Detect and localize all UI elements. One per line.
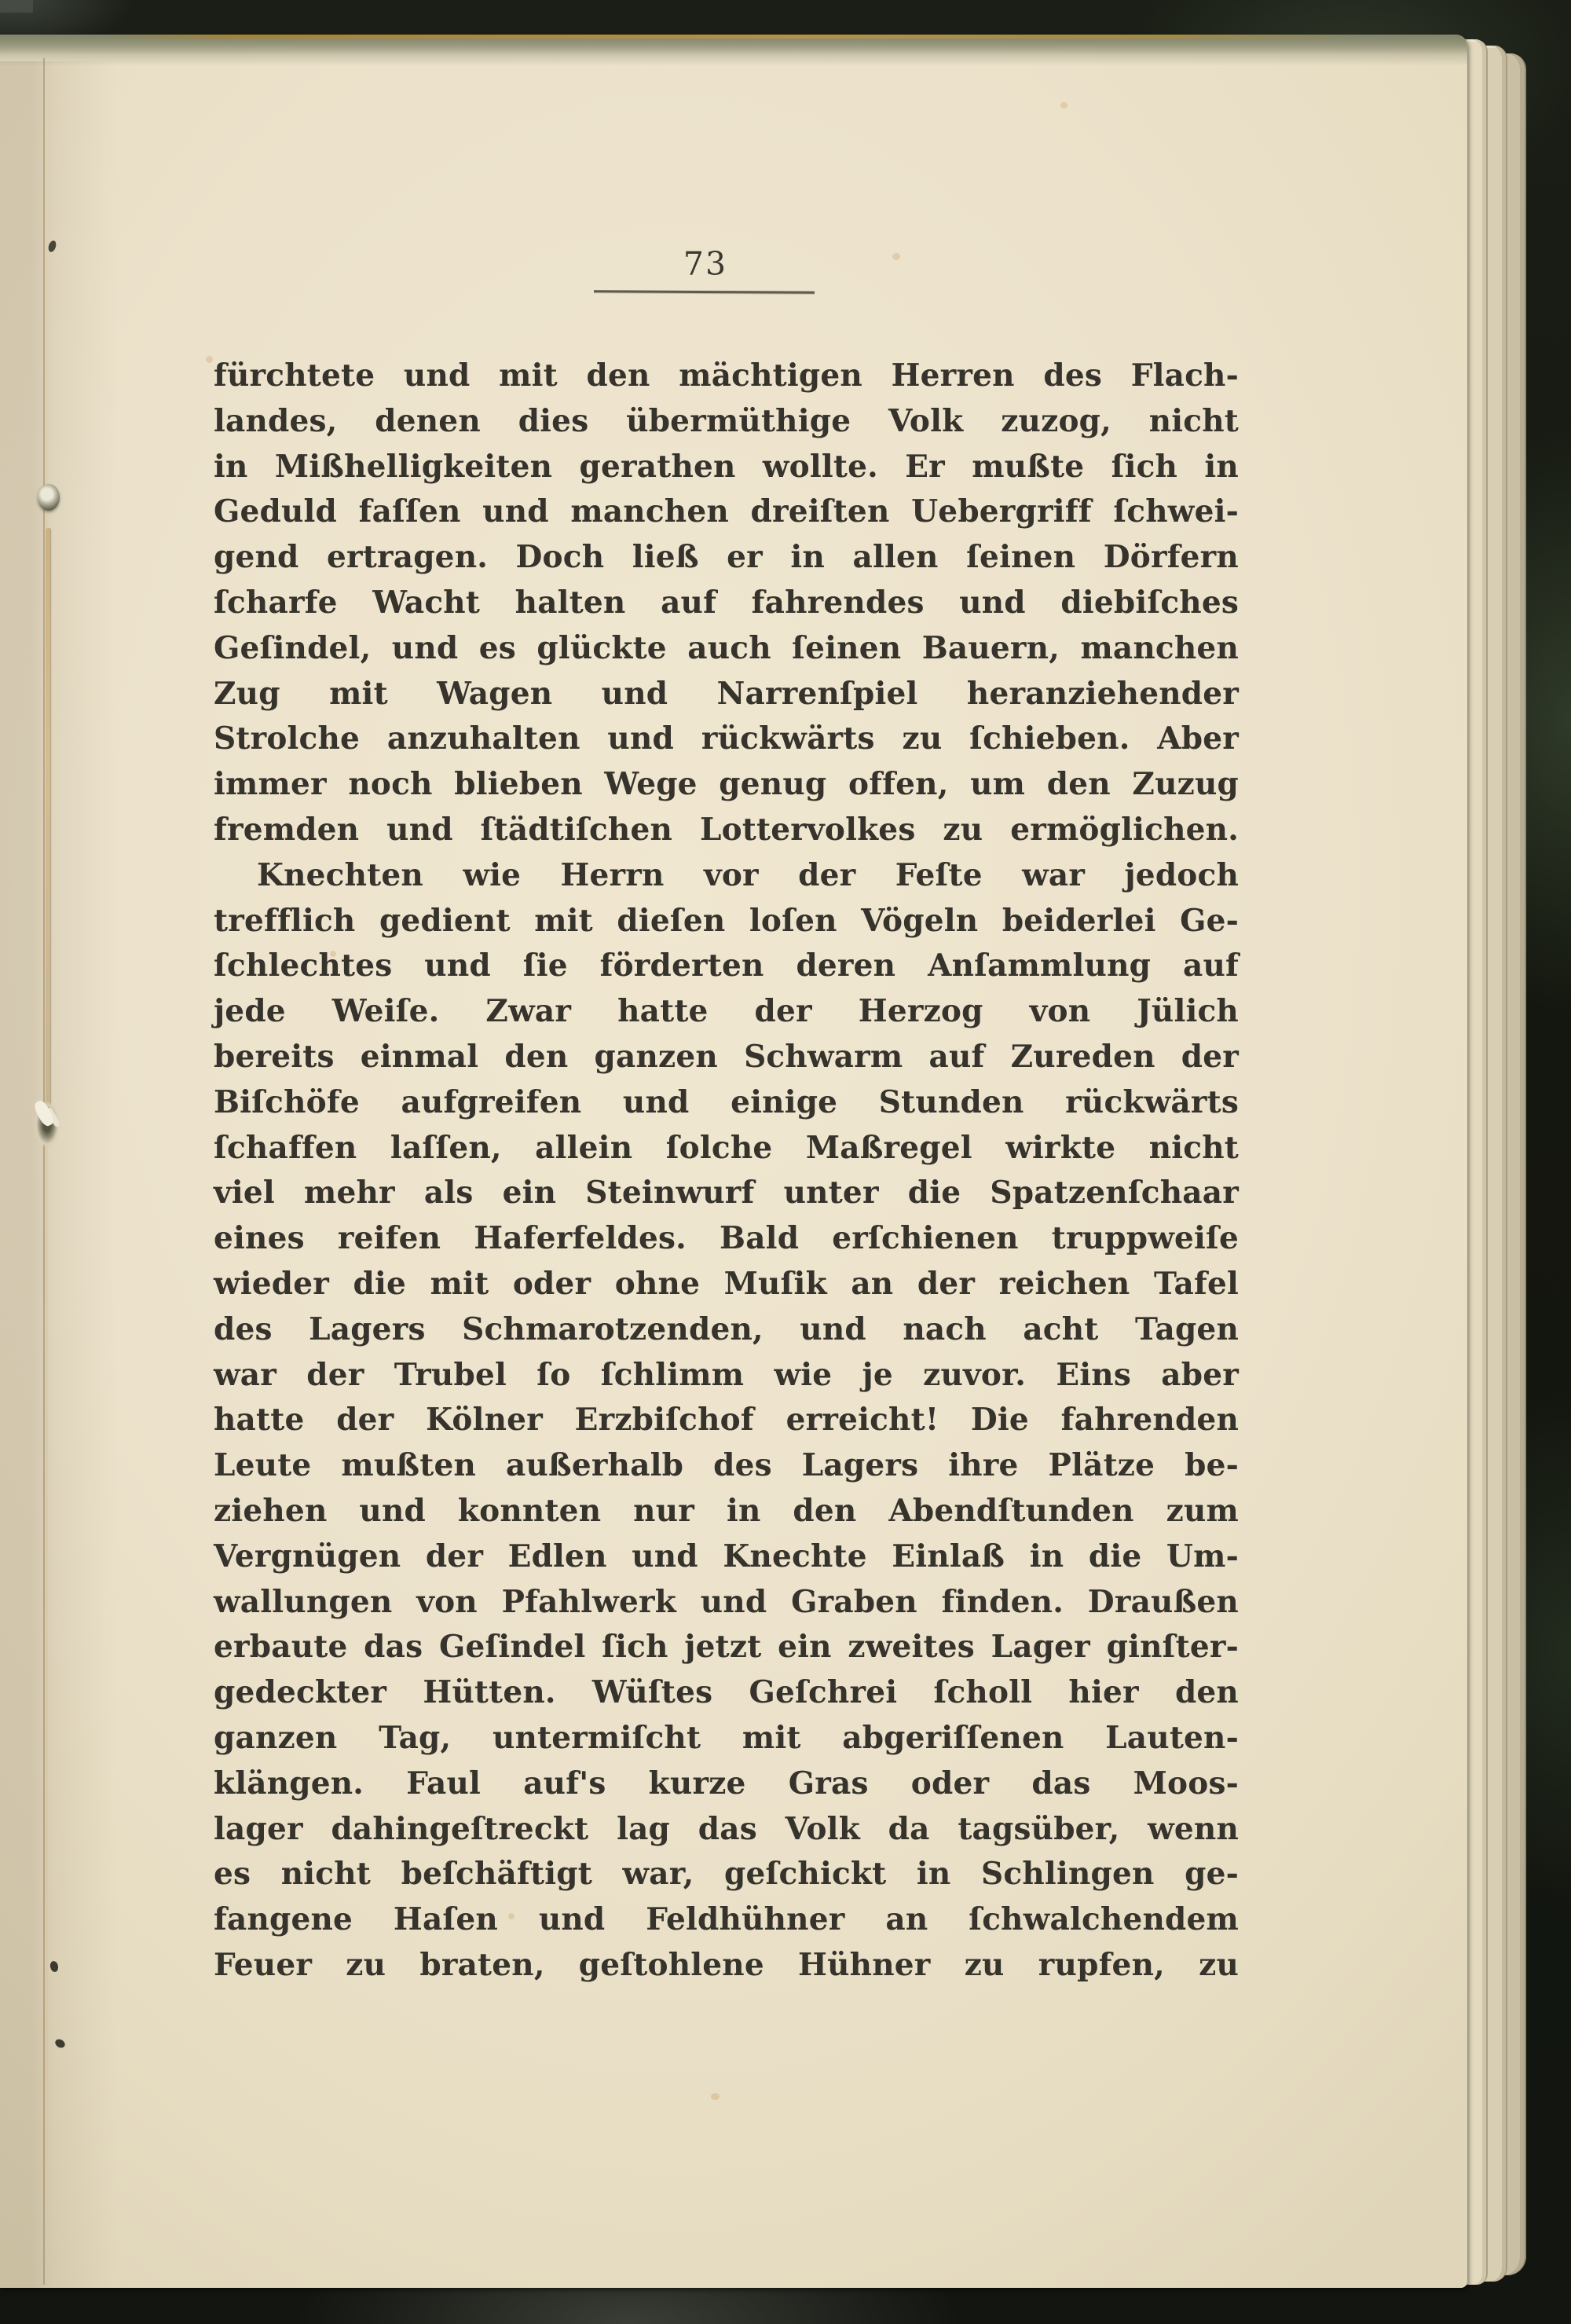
text-line: jede Weiſe. Zwar hatte der Herzog von Jü… bbox=[214, 989, 1239, 1035]
text-line: viel mehr als ein Steinwurf unter die Sp… bbox=[214, 1171, 1239, 1216]
text-line: Strolche anzuhalten und rückwärts zu ſch… bbox=[214, 717, 1239, 762]
foxing-spot bbox=[711, 2093, 720, 2100]
text-line: gend ertragen. Doch ließ er in allen ſei… bbox=[214, 535, 1239, 581]
page-top-gilt-edge bbox=[110, 35, 1351, 38]
text-line: des Lagers Schmarotzenden, und nach acht… bbox=[214, 1307, 1239, 1353]
text-line: ſchlechtes und ſie förderten deren Anſam… bbox=[214, 944, 1239, 989]
paragraph-1: fürchtete und mit den mächtigen Herren d… bbox=[214, 354, 1239, 853]
paragraph-2: Knechten wie Herrn vor der Feſte war jed… bbox=[214, 853, 1239, 1989]
text-line: wallungen von Pfahlwerk und Graben finde… bbox=[214, 1580, 1239, 1626]
text-line: erbaute das Geſindel ſich jetzt ein zwei… bbox=[214, 1625, 1239, 1670]
page-header: 73 bbox=[595, 245, 815, 283]
text-line: eines reifen Haferfeldes. Bald erſchiene… bbox=[214, 1216, 1239, 1262]
text-line: fürchtete und mit den mächtigen Herren d… bbox=[214, 354, 1239, 399]
text-line: Vergnügen der Edlen und Knechte Einlaß i… bbox=[214, 1534, 1239, 1580]
text-line: lager dahingeſtreckt lag das Volk da tag… bbox=[214, 1807, 1239, 1853]
text-line: fangene Haſen und Feldhühner an ſchwalch… bbox=[214, 1897, 1239, 1943]
gutter-shadow bbox=[0, 61, 118, 2288]
text-line: in Mißhelligkeiten gerathen wollte. Er m… bbox=[214, 445, 1239, 490]
foxing-spot bbox=[206, 356, 213, 363]
book-page: 73 fürchtete und mit den mächtigen Herre… bbox=[0, 35, 1467, 2288]
binding-grommet bbox=[38, 484, 60, 511]
text-line: wieder die mit oder ohne Muſik an der re… bbox=[214, 1262, 1239, 1307]
header-rule bbox=[594, 290, 815, 293]
page-number: 73 bbox=[683, 245, 727, 283]
page-text: fürchtete und mit den mächtigen Herren d… bbox=[214, 354, 1239, 1989]
sewing-hole bbox=[30, 1097, 64, 1163]
text-line: gedeckter Hütten. Wüſtes Geſchrei ſcholl… bbox=[214, 1670, 1239, 1716]
text-line: ganzen Tag, untermiſcht mit abgeriſſenen… bbox=[214, 1716, 1239, 1761]
text-line: es nicht beſchäftigt war, geſchickt in S… bbox=[214, 1852, 1239, 1897]
foxing-spot bbox=[892, 253, 900, 260]
text-line: Feuer zu braten, geſtohlene Hühner zu ru… bbox=[214, 1943, 1239, 1989]
text-line: Biſchöfe aufgreifen und einige Stunden r… bbox=[214, 1080, 1239, 1126]
text-line: war der Trubel ſo ſchlimm wie je zuvor. … bbox=[214, 1353, 1239, 1398]
binding-crease bbox=[43, 58, 48, 2285]
book-page-photo: 73 fürchtete und mit den mächtigen Herre… bbox=[0, 0, 1571, 2324]
cover-highlight bbox=[0, 0, 33, 13]
text-line: immer noch blieben Wege genug offen, um … bbox=[214, 762, 1239, 808]
text-line: ſchaffen laſſen, allein ſolche Maßregel … bbox=[214, 1126, 1239, 1171]
text-line: Leute mußten außerhalb des Lagers ihre P… bbox=[214, 1443, 1239, 1489]
text-line: hatte der Kölner Erzbiſchof erreicht! Di… bbox=[214, 1398, 1239, 1443]
text-line: Geſindel, und es glückte auch ſeinen Bau… bbox=[214, 626, 1239, 672]
text-line: ziehen und konnten nur in den Abendſtund… bbox=[214, 1489, 1239, 1534]
text-line: trefflich gedient mit dieſen loſen Vögel… bbox=[214, 899, 1239, 944]
foxing-spot bbox=[1060, 102, 1067, 108]
text-line: fremden und ſtädtiſchen Lottervolkes zu … bbox=[214, 808, 1239, 853]
text-line: ſcharfe Wacht halten auf fahrendes und d… bbox=[214, 581, 1239, 626]
text-line: landes, denen dies übermüthige Volk zuzo… bbox=[214, 399, 1239, 445]
text-line: Geduld faſſen und manchen dreiſten Ueber… bbox=[214, 489, 1239, 535]
binding-thread bbox=[46, 528, 50, 1106]
text-line: klängen. Faul auf's kurze Gras oder das … bbox=[214, 1761, 1239, 1807]
text-line: Zug mit Wagen und Narrenſpiel heranziehe… bbox=[214, 672, 1239, 717]
text-line: Knechten wie Herrn vor der Feſte war jed… bbox=[214, 853, 1239, 899]
text-line: bereits einmal den ganzen Schwarm auf Zu… bbox=[214, 1035, 1239, 1080]
